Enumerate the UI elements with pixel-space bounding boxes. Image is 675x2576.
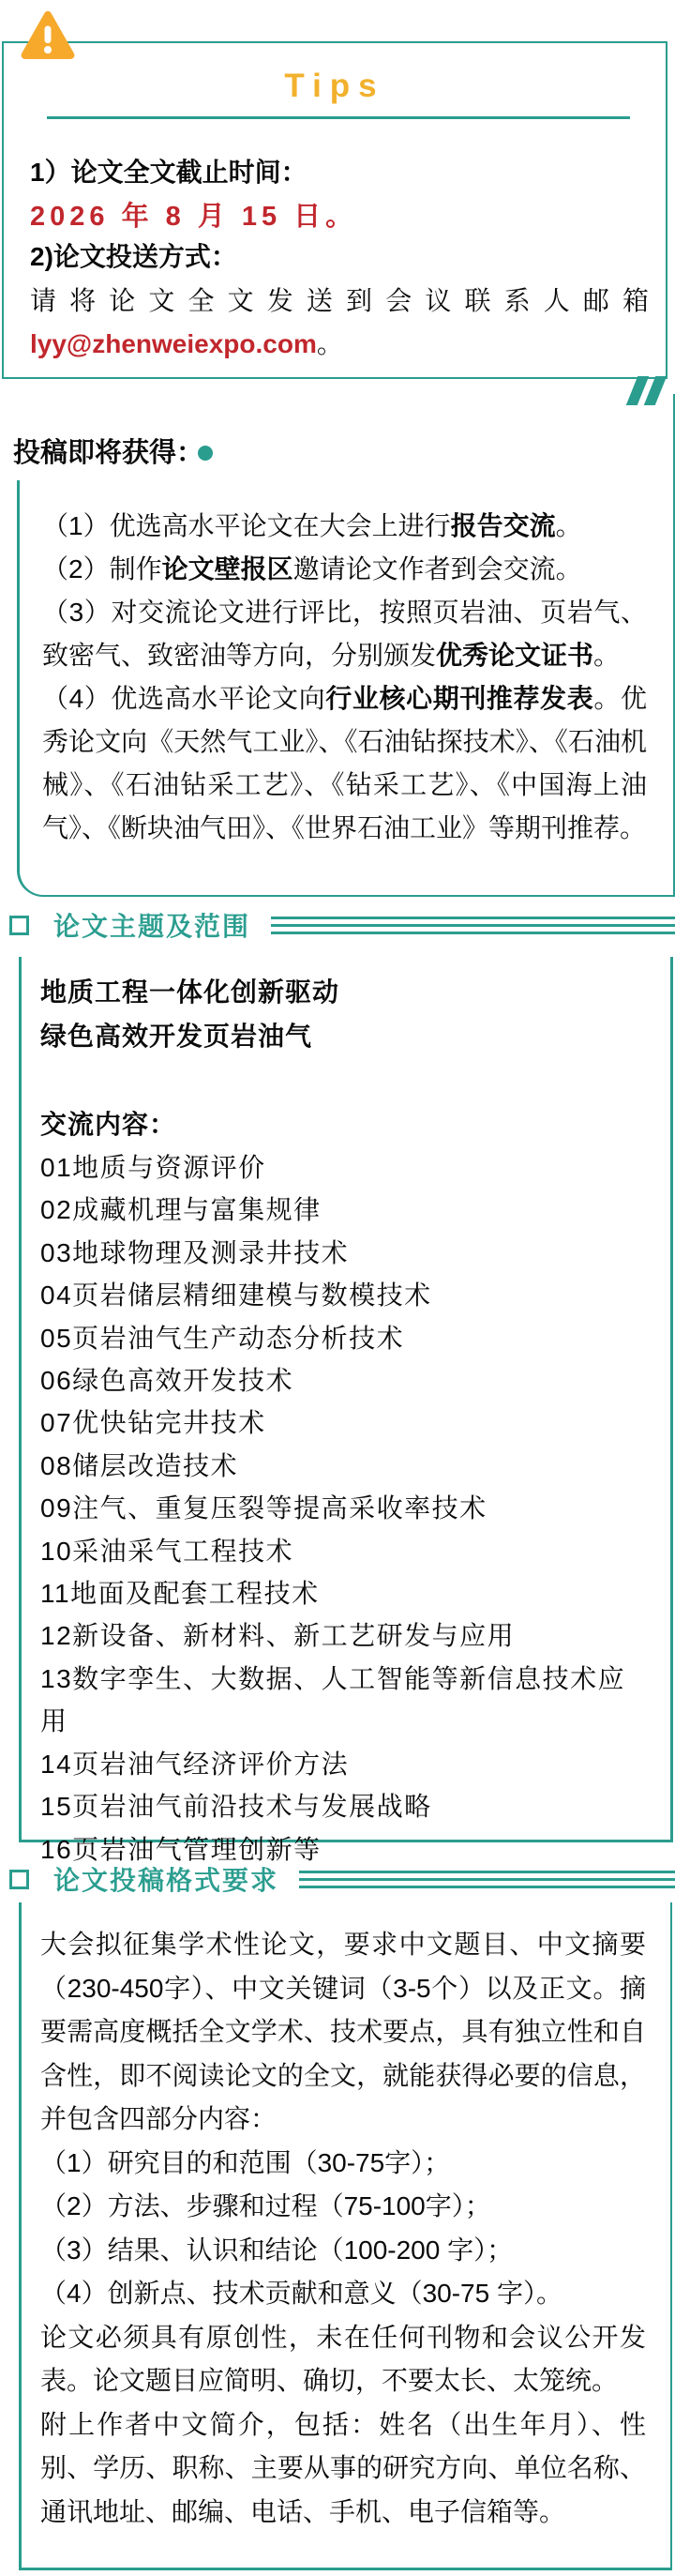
list-item: 09注气、重复压裂等提高采收率技术: [40, 1487, 648, 1529]
square-bullet-icon: [9, 1870, 29, 1889]
format-numbered-list: （1）研究目的和范围（30-75字）；（2）方法、步骤和过程（75-100字）；…: [40, 2142, 646, 2316]
list-item: 12新设备、新材料、新工艺研发与应用: [40, 1614, 648, 1657]
list-item: 01地质与资源评价: [40, 1146, 648, 1189]
list-item: 11地面及配套工程技术: [40, 1572, 648, 1614]
list-item: 03地球物理及测录井技术: [40, 1232, 648, 1274]
section-title: 论文主题及范围: [53, 906, 250, 944]
benefits-heading: 投稿即将获得：: [13, 432, 203, 470]
tips-title: Tips: [4, 68, 666, 105]
exchange-content-label: 交流内容：: [40, 1102, 648, 1146]
text-segment: （1）优选高水平论文在大会上进行: [42, 511, 451, 540]
triple-line-decoration: [299, 1871, 675, 1888]
email-link[interactable]: lyy@zhenweiexpo.com: [30, 329, 317, 358]
deadline-label: 1）论文全文截止时间：: [30, 152, 307, 189]
list-item: （3）结果、认识和结论（100-200 字）；: [40, 2229, 646, 2273]
list-item: 05页岩油气生产动态分析技术: [40, 1317, 648, 1359]
list-item: （2）方法、步骤和过程（75-100字）；: [40, 2185, 646, 2229]
tips-box: Tips 1）论文全文截止时间： 2026 年 8 月 15 日。 2)论文投送…: [2, 41, 667, 379]
list-item: 07优快钻完井技术: [40, 1402, 648, 1444]
triple-line-decoration: [271, 917, 675, 934]
text-segment: 。: [317, 329, 343, 358]
list-item: 08储层改造技术: [40, 1445, 648, 1487]
list-item: 06绿色高效开发技术: [40, 1359, 648, 1402]
theme-line: 地质工程一体化创新驱动: [40, 970, 648, 1014]
format-intro-paragraph: 大会拟征集学术性论文，要求中文题目、中文摘要（230-450字）、中文关键词（3…: [40, 1923, 646, 2142]
warning-triangle-icon: [21, 9, 75, 62]
text-segment: （2）制作: [42, 554, 162, 583]
benefit-item: （4）优选高水平论文向行业核心期刊推荐发表。优秀论文向《天然气工业》、《石油钻探…: [42, 677, 647, 850]
text-segment: 邀请论文作者到会交流。: [293, 554, 582, 583]
section-header-format: 论文投稿格式要求: [0, 1860, 675, 1898]
page: Tips 1）论文全文截止时间： 2026 年 8 月 15 日。 2)论文投送…: [0, 0, 675, 2576]
benefit-item: （1）优选高水平论文在大会上进行报告交流。: [42, 505, 647, 548]
list-item: （1）研究目的和范围（30-75字）；: [40, 2142, 646, 2186]
list-item: 13数字孪生、大数据、人工智能等新信息技术应用: [40, 1658, 648, 1743]
originality-paragraph: 论文必须具有原创性，未在任何刊物和会议公开发表。论文题目应简明、确切，不要太长、…: [40, 2316, 646, 2403]
list-item: 02成藏机理与富集规律: [40, 1189, 648, 1231]
section-header-topics: 论文主题及范围: [0, 906, 675, 944]
benefit-item: （3）对交流论文进行评比，按照页岩油、页岩气、致密气、致密油等方向，分别颁发优秀…: [42, 591, 647, 677]
deadline-date: 2026 年 8 月 15 日。: [30, 195, 357, 234]
tips-title-underline: [47, 116, 630, 119]
list-item: （4）创新点、技术贡献和意义（30-75 字）。: [40, 2272, 646, 2316]
submission-email-paragraph: 请将论文全文发送到会议联系人邮箱 lyy@zhenweiexpo.com。: [30, 280, 649, 366]
theme-line: 绿色高效开发页岩油气: [40, 1014, 648, 1058]
text-segment: 请将论文全文发送到会议联系人邮箱: [30, 286, 649, 315]
list-item: 04页岩储层精细建模与数模技术: [40, 1274, 648, 1316]
text-segment: （4）优选高水平论文向: [42, 684, 325, 713]
square-bullet-icon: [9, 916, 29, 935]
text-segment: 优秀论文证书: [436, 641, 593, 670]
text-segment: 。: [593, 641, 620, 670]
text-segment: 。: [556, 511, 582, 540]
quote-slash-icon: [644, 376, 667, 405]
format-block: 大会拟征集学术性论文，要求中文题目、中文摘要（230-450字）、中文关键词（3…: [19, 1902, 672, 2570]
text-segment: 论文壁报区: [162, 554, 293, 583]
text-segment: 报告交流: [451, 511, 556, 540]
list-item: 10采油采气工程技术: [40, 1530, 648, 1572]
topic-list: 01地质与资源评价02成藏机理与富集规律03地球物理及测录井技术04页岩储层精细…: [40, 1146, 648, 1871]
author-bio-paragraph: 附上作者中文简介，包括：姓名（出生年月）、性别、学历、职称、主要从事的研究方向、…: [40, 2403, 646, 2535]
text-segment: 行业核心期刊推荐发表: [325, 684, 593, 713]
list-item: 14页岩油气经济评价方法: [40, 1743, 648, 1785]
benefits-block: （1）优选高水平论文在大会上进行报告交流。 （2）制作论文壁报区邀请论文作者到会…: [17, 480, 675, 897]
list-item: 15页岩油气前沿技术与发展战略: [40, 1785, 648, 1827]
teal-dot-icon: [198, 446, 213, 461]
topics-block: 地质工程一体化创新驱动 绿色高效开发页岩油气 交流内容： 01地质与资源评价02…: [19, 957, 673, 1842]
benefit-item: （2）制作论文壁报区邀请论文作者到会交流。: [42, 548, 647, 591]
submission-method-label: 2)论文投送方式：: [30, 236, 237, 274]
section-title: 论文投稿格式要求: [53, 1860, 278, 1898]
